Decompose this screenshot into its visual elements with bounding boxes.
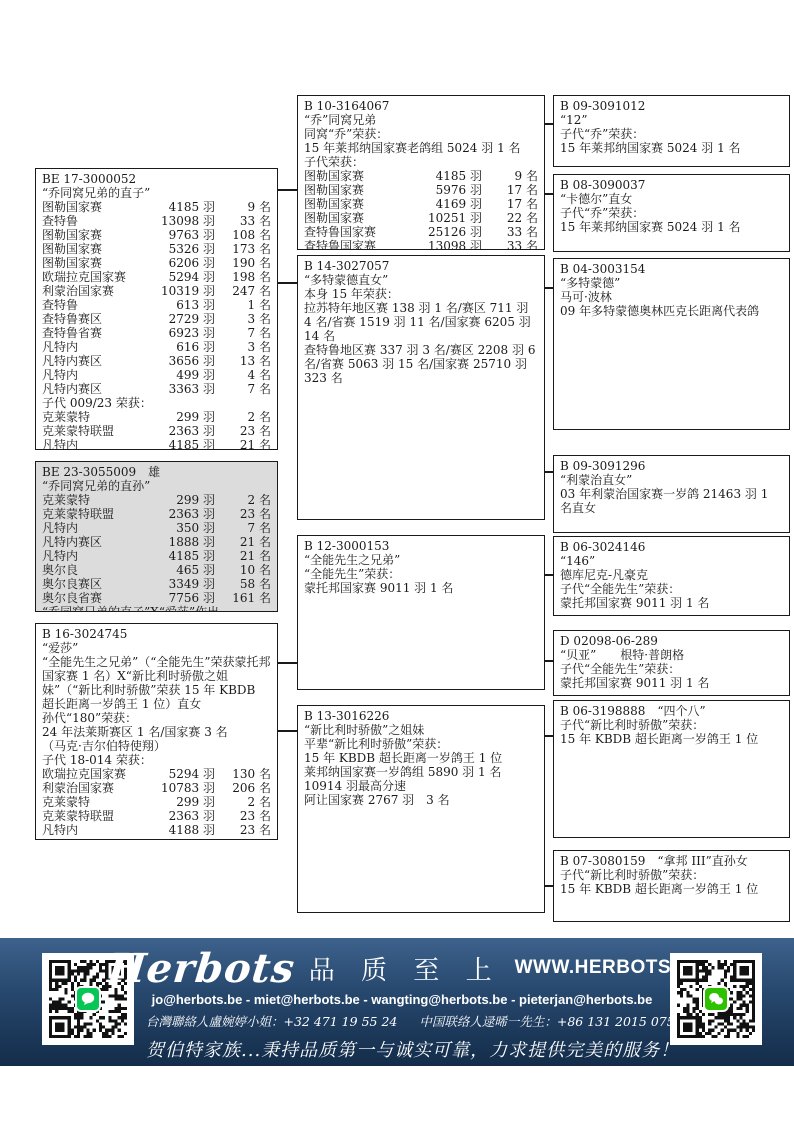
pedigree-box-dd_sire: B 06-3198888 “四个八”子代“新比利时骄傲”荣获：15 年 KBDB… [553, 700, 790, 838]
race-name: 凡特内赛区 [42, 354, 139, 368]
bird-count: 9763 羽 [139, 228, 215, 242]
race-name: 利蒙治国家赛 [42, 781, 139, 795]
footer-content: Herbots 品 质 至 上 WWW.HERBOTS.BE jo@herbot… [146, 946, 658, 1062]
result-row: 查特鲁国家赛25126 羽33 名 [304, 225, 538, 239]
bird-count: 5326 羽 [139, 242, 215, 256]
pedigree-connector [544, 471, 554, 473]
race-name: 图勒国家赛 [42, 242, 139, 256]
pedigree-text-line: 子代“乔”荣获： [560, 206, 783, 220]
pedigree-text-line: 本身 15 年荣获： [304, 287, 538, 301]
footer-banner: Herbots 品 质 至 上 WWW.HERBOTS.BE jo@herbot… [0, 938, 794, 1066]
result-row: 利蒙治国家赛10319 羽247 名 [42, 284, 271, 298]
bird-count: 4185 羽 [406, 169, 482, 183]
result-row: 图勒国家赛4185 羽9 名 [42, 200, 271, 214]
result-row: 查特鲁省赛6923 羽7 名 [42, 326, 271, 340]
prize-rank: 17 名 [482, 197, 538, 211]
result-row: 图勒国家赛5326 羽173 名 [42, 242, 271, 256]
result-row: 图勒国家赛10251 羽22 名 [304, 211, 538, 225]
pedigree-box-subject: BE 23-3055009 雄“乔同窝兄弟的直孙”克莱蒙特299 羽2 名克莱蒙… [35, 461, 278, 612]
bird-count: 4185 羽 [139, 200, 215, 214]
race-name: 欧瑞拉克国家赛 [42, 767, 139, 781]
bird-count: 499 羽 [139, 368, 215, 382]
pedigree-text-line: 马可·波林 [560, 290, 783, 304]
pedigree-connector [277, 282, 298, 284]
pedigree-text-line: “卡德尔”直女 [560, 192, 783, 206]
prize-rank: 206 名 [215, 781, 271, 795]
prize-rank: 21 名 [215, 535, 271, 549]
pedigree-text-line: “乔同窝兄弟的直孙” [42, 479, 271, 493]
pedigree-text-line: 15 年莱邦纳国家赛老鸽组 5024 羽 1 名 [304, 141, 538, 155]
race-name: 查特鲁省赛 [42, 326, 139, 340]
result-row: 凡特内350 羽7 名 [42, 521, 271, 535]
pedigree-text-line: 蒙托邦国家赛 9011 羽 1 名 [304, 581, 538, 595]
prize-rank: 9 名 [482, 169, 538, 183]
bird-count: 465 羽 [139, 563, 215, 577]
ring-number: D 02098-06-289 [560, 634, 783, 648]
wechat-icon [703, 986, 729, 1012]
prize-rank: 190 名 [215, 256, 271, 270]
ring-number: B 16-3024745 [42, 627, 271, 641]
bird-count: 5294 羽 [139, 270, 215, 284]
pedigree-text-line: 拉苏特年地区赛 138 羽 1 名/赛区 711 羽 4 名/省赛 1519 羽… [304, 301, 538, 343]
prize-rank: 173 名 [215, 242, 271, 256]
result-row: 利蒙治国家赛10783 羽206 名 [42, 781, 271, 795]
pedigree-box-sire_sire: B 10-3164067“乔”同窝兄弟同窝“乔”荣获：15 年莱邦纳国家赛老鸽组… [297, 95, 545, 250]
pedigree-text-line: 10914 羽最高分速 [304, 779, 538, 793]
bird-count: 4169 羽 [406, 197, 482, 211]
pedigree-box-dam_sire: B 12-3000153“全能先生之兄弟”“全能先生”荣获：蒙托邦国家赛 901… [297, 535, 545, 690]
prize-rank: 33 名 [482, 239, 538, 250]
brand-tagline: 品 质 至 上 [309, 950, 501, 987]
bird-count: 4188 羽 [139, 823, 215, 837]
pedigree-text-line: 德库尼克-凡豪克 [560, 568, 783, 582]
pedigree-text-line: 子代“新比利时骄傲”荣获： [560, 868, 783, 882]
prize-rank: 2 名 [215, 795, 271, 809]
pedigree-box-dam: B 16-3024745“爱莎”“全能先生之兄弟”（“全能先生”荣获蒙托邦国家赛… [35, 623, 278, 840]
pedigree-text-line: “贝亚” 根特·普朗格 [560, 648, 783, 662]
result-row: 凡特内616 羽3 名 [42, 340, 271, 354]
ring-number: B 06-3024146 [560, 540, 783, 554]
pedigree-connector [277, 189, 298, 191]
race-name: 查特鲁 [42, 298, 139, 312]
pedigree-box-ds_dam: D 02098-06-289“贝亚” 根特·普朗格子代“全能先生”荣获：蒙托邦国… [553, 630, 790, 696]
email-addresses: jo@herbots.be - miet@herbots.be - wangti… [146, 992, 658, 1007]
race-name: 图勒国家赛 [304, 211, 406, 225]
pedigree-box-ds_sire: B 06-3024146“146”德库尼克-凡豪克子代“全能先生”荣获：蒙托邦国… [553, 536, 790, 616]
result-row: 查特鲁国家赛13098 羽33 名 [304, 239, 538, 250]
race-name: 图勒国家赛 [304, 197, 406, 211]
pedigree-connector [544, 735, 554, 737]
race-name: 利蒙治国家赛 [42, 284, 139, 298]
pedigree-text-line: 孙代“180”荣获： [42, 711, 271, 725]
race-name: 奥尔良赛区 [42, 577, 139, 591]
prize-rank: 7 名 [215, 521, 271, 535]
pedigree-connector [544, 193, 554, 195]
result-row: 克莱蒙特299 羽2 名 [42, 493, 271, 507]
wechat-qr-code [670, 953, 762, 1045]
race-name: 克莱蒙特联盟 [42, 424, 139, 438]
bird-count: 616 羽 [139, 340, 215, 354]
bird-count: 4185 羽 [139, 549, 215, 563]
bird-count: 10251 羽 [406, 211, 482, 225]
result-row: 图勒国家赛5976 羽17 名 [304, 183, 538, 197]
prize-rank: 2 名 [215, 493, 271, 507]
pedigree-text-line: “全能先生之兄弟” [304, 553, 538, 567]
bird-count: 3363 羽 [139, 382, 215, 396]
result-row: 克莱蒙特联盟2363 羽23 名 [42, 507, 271, 521]
result-row: 凡特内赛区3656 羽13 名 [42, 354, 271, 368]
pedigree-text-line: 查特鲁地区赛 337 羽 3 名/赛区 2208 羽 6 名/省赛 5063 羽… [304, 343, 538, 385]
ring-number: BE 17-3000052 [42, 172, 271, 186]
result-row: 克莱蒙特299 羽2 名 [42, 410, 271, 424]
bird-count: 13098 羽 [406, 239, 482, 250]
prize-rank: 108 名 [215, 228, 271, 242]
bird-count: 613 羽 [139, 298, 215, 312]
race-name: 克莱蒙特联盟 [42, 507, 139, 521]
taiwan-contact: 台灣聯絡人盧婉婷小姐：+32 471 19 55 24 [146, 1014, 397, 1029]
race-name: 克莱蒙特 [42, 493, 139, 507]
race-name: 凡特内赛区 [42, 382, 139, 396]
ring-number: B 14-3027057 [304, 259, 538, 273]
pedigree-text-line: 子代荣获： [304, 155, 538, 169]
herbots-logo: Herbots [105, 945, 297, 992]
ring-number: B 13-3016226 [304, 709, 538, 723]
pedigree-text-line: 15 年 KBDB 超长距离一岁鸽王 1 位 [560, 882, 783, 896]
bird-count: 3349 羽 [139, 577, 215, 591]
ring-number: B 10-3164067 [304, 99, 538, 113]
result-row: 欧瑞拉克国家赛5294 羽130 名 [42, 767, 271, 781]
bird-count: 299 羽 [139, 795, 215, 809]
pedigree-text-line: 15 年 KBDB 超长距离一岁鸽王 1 位 [304, 751, 538, 765]
prize-rank: 130 名 [215, 767, 271, 781]
result-row: 克莱蒙特联盟2363 羽23 名 [42, 809, 271, 823]
race-name: 奥尔良 [42, 563, 139, 577]
pedigree-text-line: “多特蒙德” [560, 276, 783, 290]
race-name: 查特鲁赛区 [42, 312, 139, 326]
pedigree-connector [544, 660, 554, 662]
result-row: 查特鲁13098 羽33 名 [42, 214, 271, 228]
prize-rank: 21 名 [215, 438, 271, 450]
brand-line: Herbots 品 质 至 上 WWW.HERBOTS.BE [146, 946, 658, 990]
race-name: 查特鲁国家赛 [304, 225, 406, 239]
result-row: 欧瑞拉克国家赛5294 羽198 名 [42, 270, 271, 284]
prize-rank: 13 名 [215, 354, 271, 368]
prize-rank: 3 名 [215, 312, 271, 326]
prize-rank: 1 名 [215, 298, 271, 312]
prize-rank: 7 名 [215, 382, 271, 396]
pedigree-connector [544, 287, 554, 289]
result-row: 奥尔良465 羽10 名 [42, 563, 271, 577]
race-name: 图勒国家赛 [42, 200, 139, 214]
race-name: 查特鲁国家赛 [304, 239, 406, 250]
bird-count: 3656 羽 [139, 354, 215, 368]
prize-rank: 7 名 [215, 326, 271, 340]
race-name: 图勒国家赛 [42, 228, 139, 242]
pedigree-text-line: 子代“全能先生”荣获： [560, 582, 783, 596]
pedigree-connector [544, 123, 554, 125]
bird-count: 25126 羽 [406, 225, 482, 239]
result-row: 查特鲁613 羽1 名 [42, 298, 271, 312]
pedigree-text-line: “爱莎” [42, 641, 271, 655]
prize-rank: 17 名 [482, 183, 538, 197]
race-name: 图勒国家赛 [304, 169, 406, 183]
race-name: 凡特内 [42, 438, 139, 450]
pedigree-text-line: 子代 009/23 荣获： [42, 396, 271, 410]
result-row: 克莱蒙特299 羽2 名 [42, 795, 271, 809]
pedigree-box-sd_dam: B 09-3091296“利蒙治直女”03 年利蒙治国家赛一岁鸽 21463 羽… [553, 455, 790, 533]
bird-count: 6923 羽 [139, 326, 215, 340]
prize-rank: 161 名 [215, 591, 271, 605]
race-name: 奥尔良省赛 [42, 591, 139, 605]
result-row: 奥尔良省赛7756 羽161 名 [42, 591, 271, 605]
pedigree-connector [277, 730, 298, 732]
prize-rank: 23 名 [215, 507, 271, 521]
bird-count: 2363 羽 [139, 809, 215, 823]
pedigree-text-line: “乔同窝兄弟的直子”X“爱莎”作出 [42, 605, 271, 612]
pedigree-connector [544, 574, 554, 576]
line-icon [75, 986, 101, 1012]
pedigree-text-line: “利蒙治直女” [560, 473, 783, 487]
result-row: 凡特内赛区3363 羽7 名 [42, 382, 271, 396]
race-name: 凡特内 [42, 340, 139, 354]
race-name: 凡特内 [42, 521, 139, 535]
result-row: 凡特内赛区1888 羽21 名 [42, 535, 271, 549]
race-name: 克莱蒙特联盟 [42, 809, 139, 823]
prize-rank: 23 名 [215, 424, 271, 438]
bird-count: 4185 羽 [139, 438, 215, 450]
result-row: 图勒国家赛4169 羽17 名 [304, 197, 538, 211]
pedigree-text-line: 24 年法莱斯赛区 1 名/国家赛 3 名 [42, 725, 271, 739]
prize-rank: 21 名 [215, 549, 271, 563]
result-row: 查特鲁赛区2729 羽3 名 [42, 312, 271, 326]
pedigree-text-line: 03 年利蒙治国家赛一岁鸽 21463 羽 1 名直女 [560, 487, 783, 515]
pedigree-text-line: “多特蒙德直女” [304, 273, 538, 287]
ring-number: B 06-3198888 “四个八” [560, 704, 783, 718]
prize-rank: 23 名 [215, 823, 271, 837]
result-row: 凡特内4185 羽21 名 [42, 549, 271, 563]
pedigree-text-line: 子代“乔”荣获： [560, 127, 783, 141]
pedigree-text-line: 莱邦纳国家赛一岁鸽组 5890 羽 1 名 [304, 765, 538, 779]
bird-count: 13098 羽 [139, 214, 215, 228]
race-name: 凡特内 [42, 368, 139, 382]
pedigree-text-line: 平辈“新比利时骄傲”荣获： [304, 737, 538, 751]
prize-rank: 33 名 [215, 214, 271, 228]
bird-count: 1888 羽 [139, 535, 215, 549]
pedigree-text-line: 子代“新比利时骄傲”荣获： [560, 718, 783, 732]
pedigree-text-line: “146” [560, 554, 783, 568]
pedigree-text-line: 15 年莱邦纳国家赛 5024 羽 1 名 [560, 220, 783, 234]
pedigree-box-ss_sire: B 09-3091012“12”子代“乔”荣获：15 年莱邦纳国家赛 5024 … [553, 95, 790, 167]
result-row: 凡特内499 羽4 名 [42, 368, 271, 382]
ring-number: B 04-3003154 [560, 262, 783, 276]
prize-rank: 22 名 [482, 211, 538, 225]
race-name: 图勒国家赛 [304, 183, 406, 197]
bird-count: 10783 羽 [139, 781, 215, 795]
pedigree-text-line: 15 年 KBDB 超长距离一岁鸽王 1 位 [560, 732, 783, 746]
pedigree-text-line: 同窝“乔”荣获： [304, 127, 538, 141]
race-name: 凡特内 [42, 549, 139, 563]
pedigree-box-dd_dam: B 07-3080159 “拿邦 III”直孙女子代“新比利时骄傲”荣获：15 … [553, 850, 790, 922]
bird-count: 6206 羽 [139, 256, 215, 270]
race-name: 查特鲁 [42, 214, 139, 228]
result-row: 图勒国家赛6206 羽190 名 [42, 256, 271, 270]
bird-count: 10319 羽 [139, 284, 215, 298]
ring-number: BE 23-3055009 雄 [42, 465, 271, 479]
prize-rank: 247 名 [215, 284, 271, 298]
pedigree-text-line: “乔同窝兄弟的直子” [42, 186, 271, 200]
china-contact: 中国联络人逯晞一先生：+86 131 2015 0755 [419, 1014, 682, 1029]
pedigree-connector [277, 662, 298, 664]
pedigree-text-line: 蒙托邦国家赛 9011 羽 1 名 [560, 596, 783, 610]
pedigree-connector [544, 885, 554, 887]
pedigree-text-line: 子代 18-014 荣获： [42, 753, 271, 767]
prize-rank: 3 名 [215, 340, 271, 354]
bird-count: 5294 羽 [139, 767, 215, 781]
race-name: 图勒国家赛 [42, 256, 139, 270]
pedigree-text-line: 15 年莱邦纳国家赛 5024 羽 1 名 [560, 141, 783, 155]
result-row: 奥尔良赛区3349 羽58 名 [42, 577, 271, 591]
result-row: 图勒国家赛4185 羽9 名 [304, 169, 538, 183]
bird-count: 2363 羽 [139, 507, 215, 521]
ring-number: B 07-3080159 “拿邦 III”直孙女 [560, 854, 783, 868]
pedigree-document-page: BE 17-3000052“乔同窝兄弟的直子”图勒国家赛4185 羽9 名查特鲁… [0, 0, 794, 1123]
ring-number: B 08-3090037 [560, 178, 783, 192]
ring-number: B 12-3000153 [304, 539, 538, 553]
pedigree-box-ss_dam: B 08-3090037“卡德尔”直女子代“乔”荣获：15 年莱邦纳国家赛 50… [553, 174, 790, 252]
bird-count: 299 羽 [139, 410, 215, 424]
bird-count: 350 羽 [139, 521, 215, 535]
pedigree-text-line: “全能先生”荣获： [304, 567, 538, 581]
pedigree-text-line: 09 年多特蒙德奥林匹克长距离代表鸽 [560, 304, 783, 318]
prize-rank: 4 名 [215, 368, 271, 382]
pedigree-text-line: “12” [560, 113, 783, 127]
bird-count: 5976 羽 [406, 183, 482, 197]
contact-line: 台灣聯絡人盧婉婷小姐：+32 471 19 55 24中国联络人逯晞一先生：+8… [146, 1012, 658, 1030]
race-name: 克莱蒙特 [42, 795, 139, 809]
prize-rank: 9 名 [215, 200, 271, 214]
prize-rank: 198 名 [215, 270, 271, 284]
result-row: 克莱蒙特联盟2363 羽23 名 [42, 424, 271, 438]
prize-rank: 58 名 [215, 577, 271, 591]
result-row: 凡特内4185 羽21 名 [42, 438, 271, 450]
pedigree-text-line: 子代“全能先生”荣获： [560, 662, 783, 676]
bird-count: 2363 羽 [139, 424, 215, 438]
bird-count: 2729 羽 [139, 312, 215, 326]
prize-rank: 10 名 [215, 563, 271, 577]
prize-rank: 23 名 [215, 809, 271, 823]
race-name: 凡特内 [42, 823, 139, 837]
bird-count: 299 羽 [139, 493, 215, 507]
result-row: 凡特内4188 羽23 名 [42, 823, 271, 837]
race-name: 凡特内赛区 [42, 535, 139, 549]
result-row: 图勒国家赛9763 羽108 名 [42, 228, 271, 242]
pedigree-box-sd_sire: B 04-3003154“多特蒙德”马可·波林09 年多特蒙德奥林匹克长距离代表… [553, 258, 790, 430]
pedigree-text-line: “新比利时骄傲”之姐妹 [304, 723, 538, 737]
pedigree-box-sire: BE 17-3000052“乔同窝兄弟的直子”图勒国家赛4185 羽9 名查特鲁… [35, 168, 278, 450]
race-name: 欧瑞拉克国家赛 [42, 270, 139, 284]
bird-count: 7756 羽 [139, 591, 215, 605]
pedigree-box-sire_dam: B 14-3027057“多特蒙德直女”本身 15 年荣获：拉苏特年地区赛 13… [297, 255, 545, 520]
ring-number: B 09-3091296 [560, 459, 783, 473]
family-slogan: 贺伯特家族...秉持品质第一与诚实可靠，力求提供完美的服务！ [146, 1036, 658, 1062]
race-name: 克莱蒙特 [42, 410, 139, 424]
prize-rank: 2 名 [215, 410, 271, 424]
pedigree-box-dam_dam: B 13-3016226“新比利时骄傲”之姐妹平辈“新比利时骄傲”荣获：15 年… [297, 705, 545, 913]
pedigree-text-line: （马克·吉尔伯特使翔） [42, 739, 271, 753]
pedigree-text-line: “全能先生之兄弟”（“全能先生”荣获蒙托邦国家赛 1 名）X“新比利时骄傲之姐妹… [42, 655, 271, 711]
pedigree-text-line: 阿让国家赛 2767 羽 3 名 [304, 793, 538, 807]
pedigree-text-line: 蒙托邦国家赛 9011 羽 1 名 [560, 676, 783, 690]
pedigree-text-line: “乔”同窝兄弟 [304, 113, 538, 127]
ring-number: B 09-3091012 [560, 99, 783, 113]
prize-rank: 33 名 [482, 225, 538, 239]
